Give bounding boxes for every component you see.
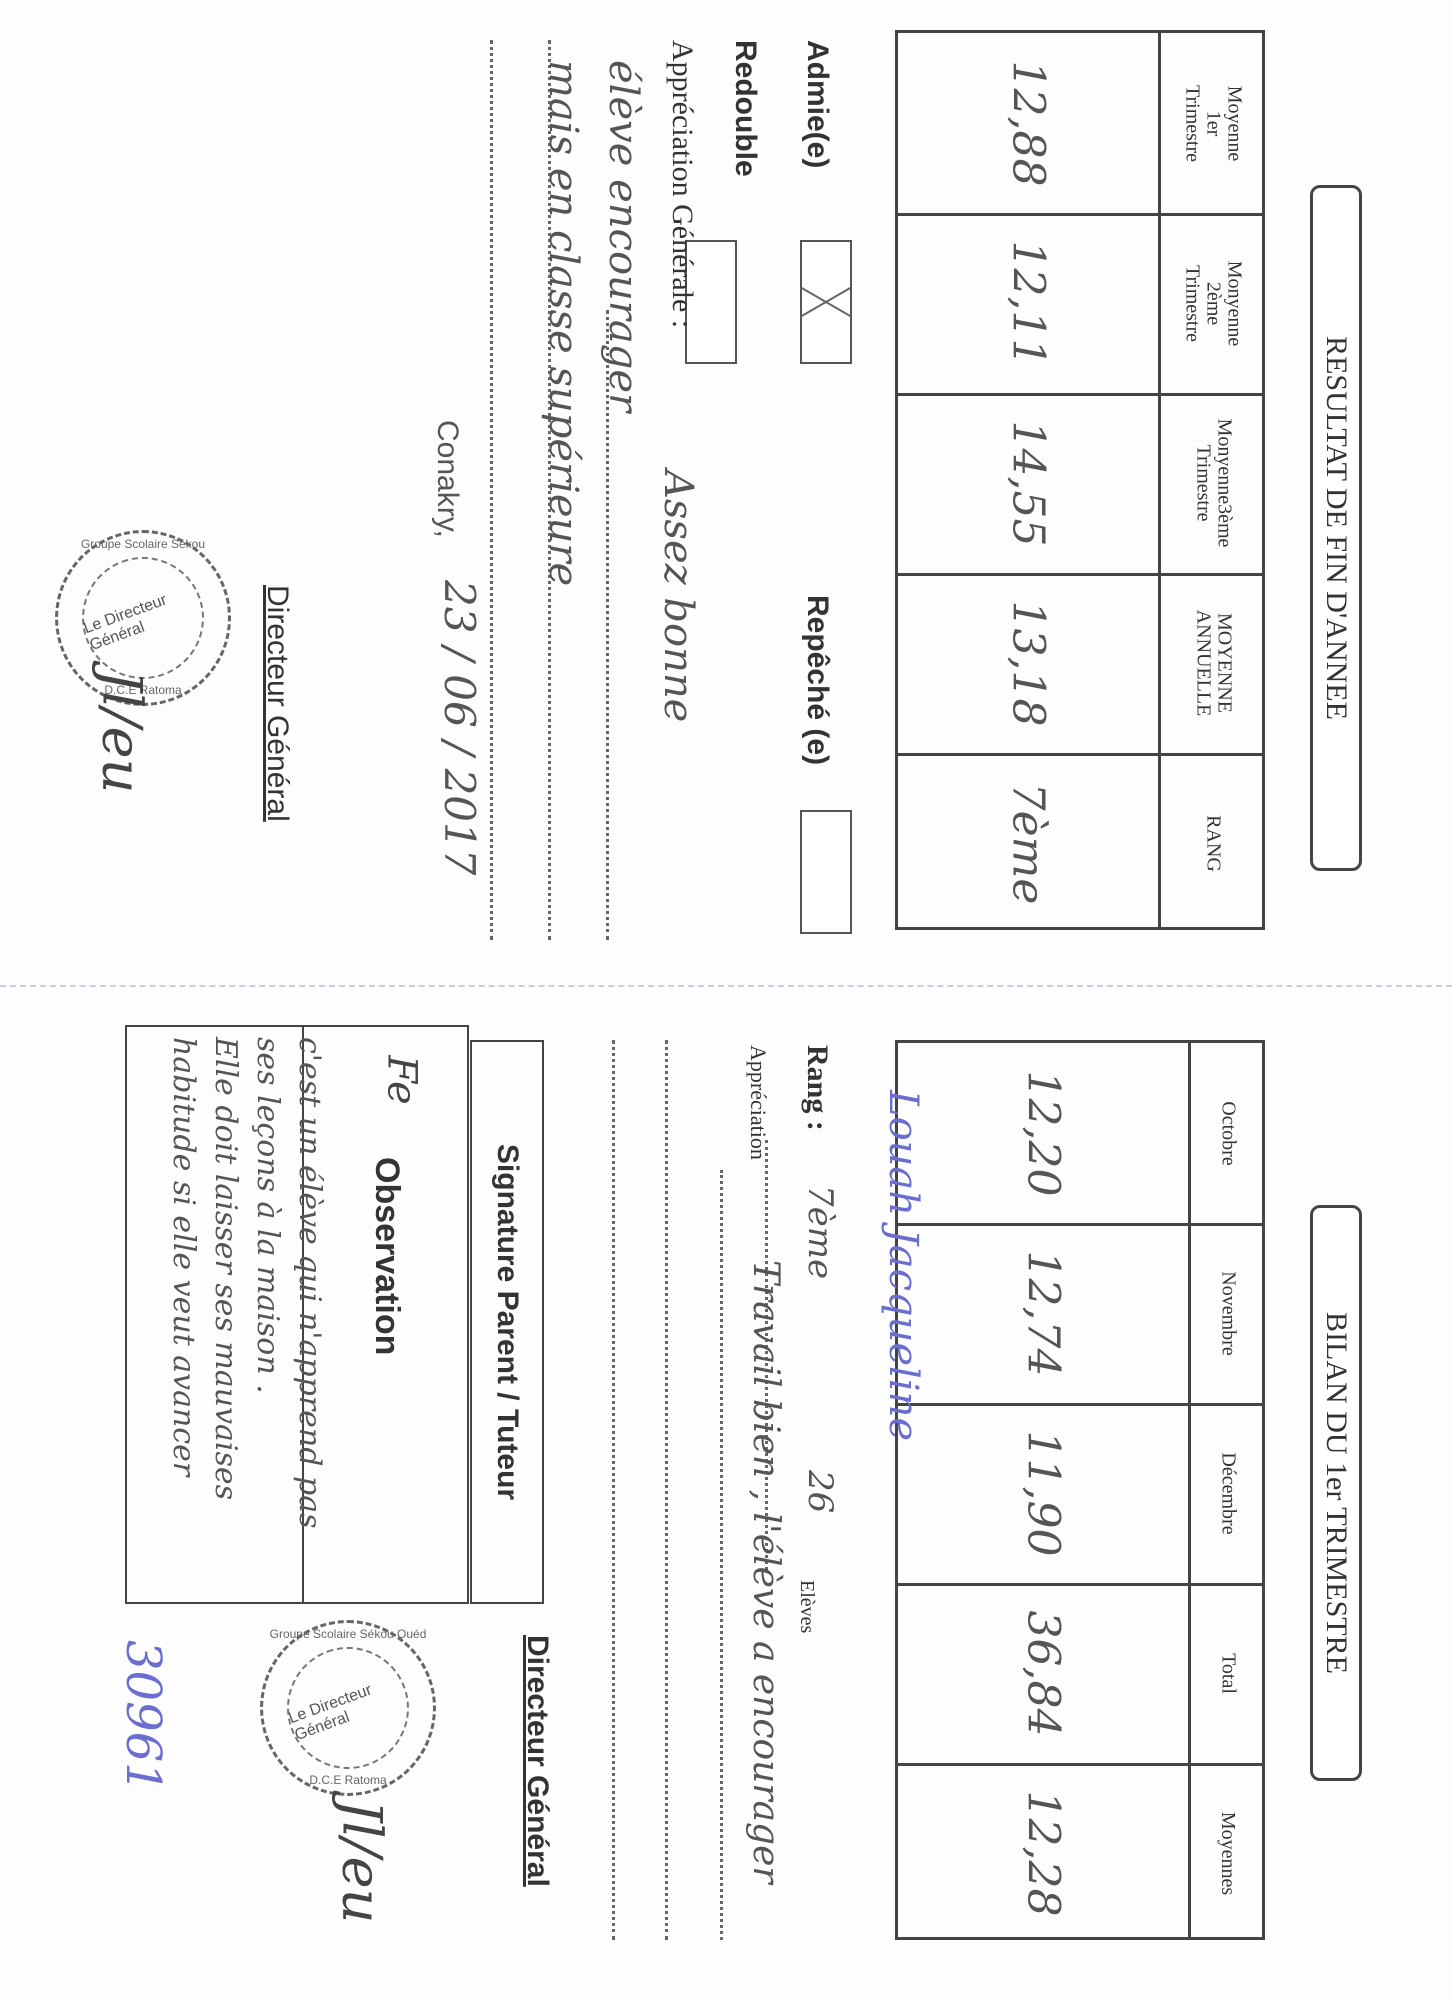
repeche-checkbox[interactable]: [800, 810, 852, 934]
place-label: Conakry,: [430, 420, 464, 538]
term-cell-header: Décembre: [1192, 1403, 1264, 1583]
appreciation-line-3: [490, 40, 493, 940]
redouble-label: Redouble: [728, 40, 762, 177]
year-end-cell-value: 12,88: [898, 33, 1158, 213]
term-cell-value: 11,90: [898, 1403, 1188, 1583]
document-root: RESULTAT DE FIN D'ANNEE Moyenne 1er Trim…: [0, 0, 1452, 2000]
year-end-cell-value: 7ème: [898, 753, 1158, 933]
admitted-label: Admie(e): [800, 40, 834, 168]
term-cell-value: 12,74: [898, 1223, 1188, 1403]
director-label-term: Directeur Général: [520, 1635, 554, 1887]
stamp-ring-top: Groupe Scolaire Sékou: [58, 537, 228, 551]
rang-of: 26: [800, 1470, 840, 1513]
year-end-title: RESULTAT DE FIN D'ANNEE: [1319, 336, 1353, 720]
term-cell-value: 12,28: [898, 1763, 1188, 1943]
year-end-cell-value: 13,18: [898, 573, 1158, 753]
term-appreciation-line-2: [665, 1040, 668, 1940]
observation-line: ses leçons à la maison .: [250, 1037, 285, 1394]
year-end-cell-header: Monyenne3ème Trimestre: [1162, 393, 1264, 573]
term-cell-header: Octobre: [1192, 1043, 1264, 1223]
year-end-table: Moyenne 1er Trimestre12,88Monyenne 2ème …: [895, 30, 1265, 930]
year-end-cell-header: Moyenne 1er Trimestre: [1162, 33, 1264, 213]
term-appreciation-line-1: [720, 1170, 723, 1940]
stamp-center: Le Directeur Général: [270, 1630, 426, 1786]
year-end-cell-header: Monyenne 2ème Trimestre: [1162, 213, 1264, 393]
rang-label: Rang :: [800, 1045, 834, 1131]
appreciation-text-2: élève encourager: [600, 60, 646, 412]
admitted-checkbox[interactable]: [800, 240, 852, 364]
year-end-cell-value: 12,11: [898, 213, 1158, 393]
term-cell-header: Moyennes: [1192, 1763, 1264, 1943]
appreciation-text-3: mais en classe supérieure: [540, 60, 586, 586]
term-table: Octobre12,20Novembre12,74Décembre11,90To…: [895, 1040, 1265, 1940]
eleves-label: Elèves: [795, 1580, 818, 1633]
term-cell-header: Novembre: [1192, 1223, 1264, 1403]
year-end-cell-value: 14,55: [898, 393, 1158, 573]
term-appreciation-line-3: [612, 1040, 615, 1940]
observation-line: Elle doit laisser ses mauvaises: [208, 1037, 243, 1500]
term-title: BILAN DU 1er TRIMESTRE: [1319, 1312, 1353, 1674]
observation-title: Observation: [367, 1157, 406, 1355]
stamp-ring-bottom: D.C.E Ratoma: [263, 1773, 433, 1787]
term-appreciation-label: Appréciation: [745, 1045, 771, 1160]
term-title-banner: BILAN DU 1er TRIMESTRE: [1310, 1205, 1362, 1781]
repeche-label: Repêché (e): [800, 595, 834, 765]
year-end-cell-header: MOYENNE ANNUELLE: [1162, 573, 1264, 753]
director-signature-term: Jl/eu: [330, 1800, 393, 1924]
term-cell-value: 36,84: [898, 1583, 1188, 1763]
student-name: Louah Jacqueline: [880, 1090, 926, 1441]
term-cell-header: Total: [1192, 1583, 1264, 1763]
parent-signature-label: Signature Parent / Tuteur: [490, 1144, 524, 1500]
rang-value: 7ème: [800, 1185, 840, 1279]
appreciation-text-1: Assez bonne: [655, 470, 701, 722]
term-appreciation-text: Travail bien , l'élève a encourager: [745, 1260, 786, 1884]
term-cell-value: 12,20: [898, 1043, 1188, 1223]
reference-number: 30961: [115, 1640, 171, 1793]
stamp-ring-top: Groupe Scolaire Sékou Ouéd: [263, 1627, 433, 1641]
observation-line: c'est un élève qui n'apprend pas: [292, 1037, 327, 1528]
year-end-title-banner: RESULTAT DE FIN D'ANNEE: [1310, 185, 1362, 871]
school-stamp-term: Groupe Scolaire Sékou Ouéd Le Directeur …: [260, 1620, 436, 1796]
date-value: 23 / 06 / 2017: [435, 580, 484, 875]
observation-box: Observation Fe c'est un élève qui n'appr…: [125, 1025, 469, 1604]
director-label-year: Directeur Général: [260, 585, 294, 822]
year-end-cell-header: RANG: [1162, 753, 1264, 933]
fold-line: [0, 985, 1452, 987]
director-signature-year: Jl/eu: [90, 670, 153, 794]
appreciation-generale-label: Appréciation Générale :: [665, 40, 699, 328]
parent-signature-box: Signature Parent / Tuteur: [470, 1040, 544, 1604]
observation-line: habitude si elle veut avancer: [166, 1037, 201, 1476]
parent-signature-mark: Fe: [379, 1055, 425, 1104]
